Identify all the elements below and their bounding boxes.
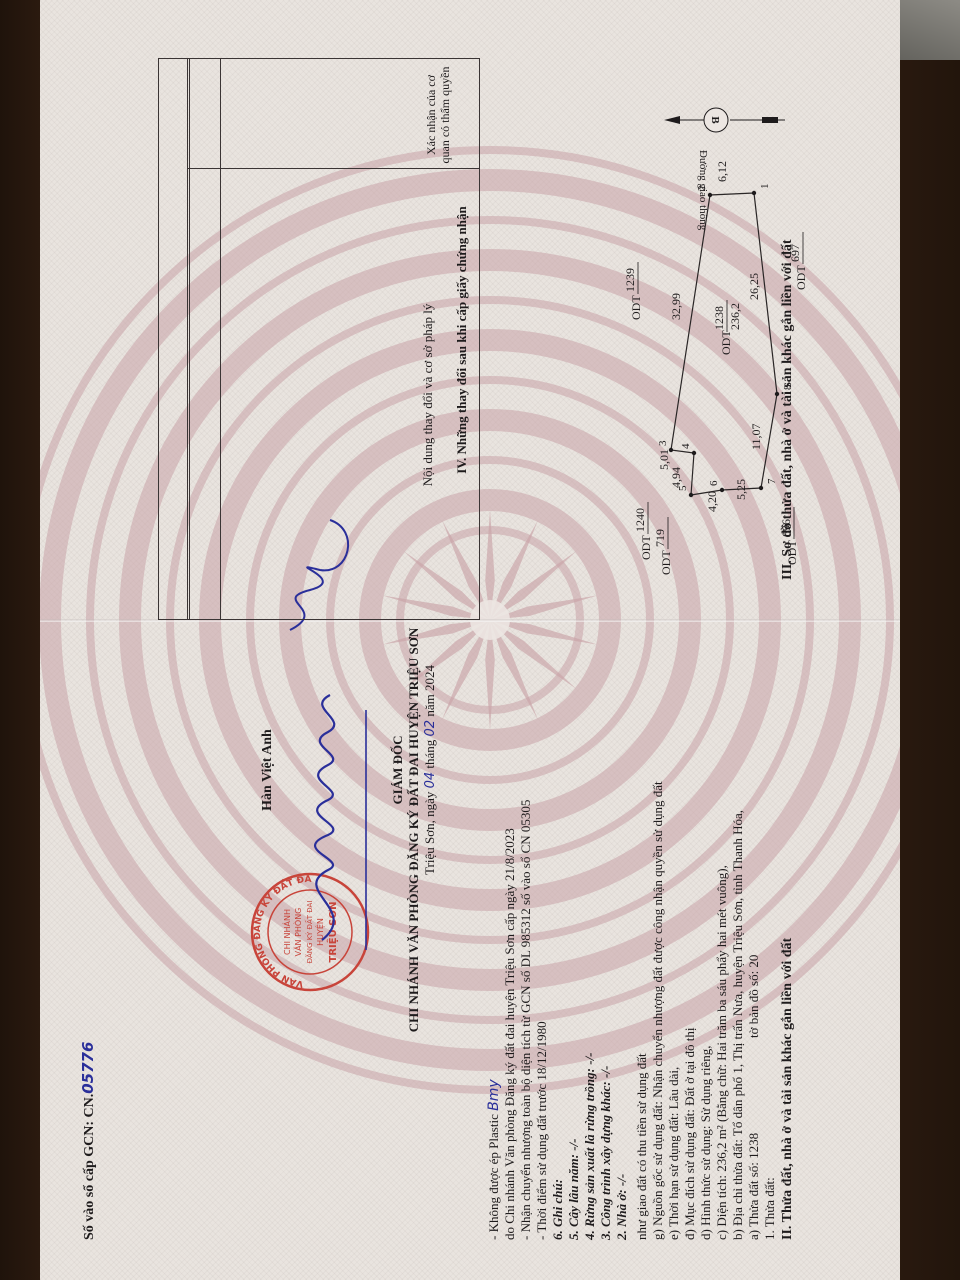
svg-text:4,94: 4,94: [669, 467, 683, 488]
svg-text:5,25: 5,25: [734, 479, 748, 500]
svg-text:VĂN PHÒNG: VĂN PHÒNG: [292, 908, 303, 957]
other-works-item: 3. Công trình xây dựng khác: -/-: [598, 1066, 614, 1240]
svg-text:4: 4: [680, 443, 692, 449]
changes-col-confirm: Xác nhận của cơquan có thẩm quyền: [424, 60, 452, 170]
svg-text:26,25: 26,25: [747, 273, 761, 300]
parcel-area: c) Diện tích: 236,2 m² (Bằng chữ: Hai tr…: [714, 865, 730, 1240]
perennial-item: 5. Cây lâu năm: -/-: [566, 1139, 582, 1240]
register-label: Số vào sổ cấp GCN: CN.05776: [80, 1042, 98, 1240]
parcel-address: b) Địa chỉ thửa đất: Tổ dân phố 1, Thị t…: [730, 810, 746, 1240]
svg-text:4,20: 4,20: [705, 491, 719, 512]
changes-table-col-headers: [187, 58, 221, 620]
svg-text:696: 696: [779, 519, 793, 537]
svg-text:6,12: 6,12: [715, 161, 729, 182]
svg-text:3: 3: [657, 440, 669, 446]
land-heading: 1. Thửa đất:: [762, 1177, 778, 1240]
svg-text:1238: 1238: [712, 306, 726, 330]
svg-text:ODT: ODT: [639, 535, 653, 560]
changes-table-header: [158, 58, 190, 620]
notes-heading: 6. Ghi chú:: [550, 1179, 566, 1240]
svg-text:11,07: 11,07: [749, 423, 763, 450]
svg-text:1240: 1240: [633, 508, 647, 532]
svg-text:1: 1: [759, 184, 771, 190]
parcel-number: a) Thửa đất số: 1238: [746, 1133, 762, 1240]
svg-text:6: 6: [708, 480, 720, 486]
svg-text:HUYỆN: HUYỆN: [314, 918, 326, 946]
section2-title: II. Thửa đất, nhà ở và tài sản khác gắn …: [780, 938, 796, 1240]
use-form: d) Hình thức sử dụng: Sử dụng riêng,: [698, 1046, 714, 1240]
svg-text:TRIỆU SƠN: TRIỆU SƠN: [326, 902, 339, 963]
note-4: - Không được ép Plastic Bmy: [486, 1079, 502, 1240]
svg-text:Đường giao thông: Đường giao thông: [697, 150, 709, 231]
svg-text:CHI NHÁNH: CHI NHÁNH: [281, 909, 292, 955]
svg-text:7: 7: [766, 478, 778, 484]
svg-text:1239: 1239: [623, 268, 637, 292]
register-number-handwritten: 05776: [79, 1042, 97, 1094]
svg-text:236,2: 236,2: [728, 303, 742, 330]
land-origin-line1: g) Nguồn gốc sử dụng đất: Nhận chuyển nh…: [650, 781, 666, 1240]
svg-text:ODT: ODT: [719, 330, 733, 355]
land-origin-line2: như giao đất có thu tiền sử dụng đất: [634, 1053, 650, 1240]
map-sheet-number: tờ bản đồ số: 20: [746, 955, 762, 1038]
house-item: 2. Nhà ở: -/-: [614, 1174, 630, 1240]
svg-text:32,99: 32,99: [669, 293, 683, 320]
changes-col-content: Nội dung thay đổi và cơ sở pháp lý: [420, 170, 436, 620]
note-1: - Thời điểm sử dụng đất trước 18/12/1980: [534, 1021, 550, 1240]
note-3: do Chi nhánh Văn phòng Đăng ký đất đai h…: [502, 828, 518, 1240]
svg-text:B: B: [709, 116, 721, 124]
initials-handwritten: Bmy: [486, 1079, 502, 1111]
section4-title: IV. Những thay đổi sau khi cấp giấy chứn…: [454, 60, 470, 620]
use-term: e) Thời hạn sử dụng đất: Lâu dài,: [666, 1067, 682, 1240]
use-purpose: đ) Mục đích sử dụng đất: Đất ở tại đô th…: [682, 1027, 698, 1240]
svg-text:8: 8: [782, 384, 794, 390]
svg-text:ODT: ODT: [794, 265, 808, 290]
official-red-stamp: CHI NHÁNH VĂN PHÒNG ĐĂNG KÝ ĐẤT ĐAI HUYỆ…: [210, 874, 368, 1000]
svg-text:ODT: ODT: [785, 540, 799, 565]
note-2: - Nhận chuyển nhượng toàn bộ diện tích t…: [518, 800, 534, 1240]
place-date: Triệu Sơn, ngày 04 tháng 02 năm 2024: [422, 560, 439, 980]
svg-text:ODT: ODT: [629, 295, 643, 320]
svg-text:719: 719: [653, 529, 667, 547]
land-certificate-page: Số vào sổ cấp GCN: CN.05776 II. Thửa đất…: [40, 0, 900, 1280]
forest-item: 4. Rừng sản xuất là rừng trồng: -/-: [582, 1052, 598, 1240]
photo-scene: Số vào sổ cấp GCN: CN.05776 II. Thửa đất…: [0, 0, 960, 1280]
svg-text:ODT: ODT: [659, 550, 673, 575]
svg-text:ĐĂNG KÝ ĐẤT ĐAI: ĐĂNG KÝ ĐẤT ĐAI: [304, 901, 314, 964]
svg-text:697: 697: [788, 244, 802, 262]
